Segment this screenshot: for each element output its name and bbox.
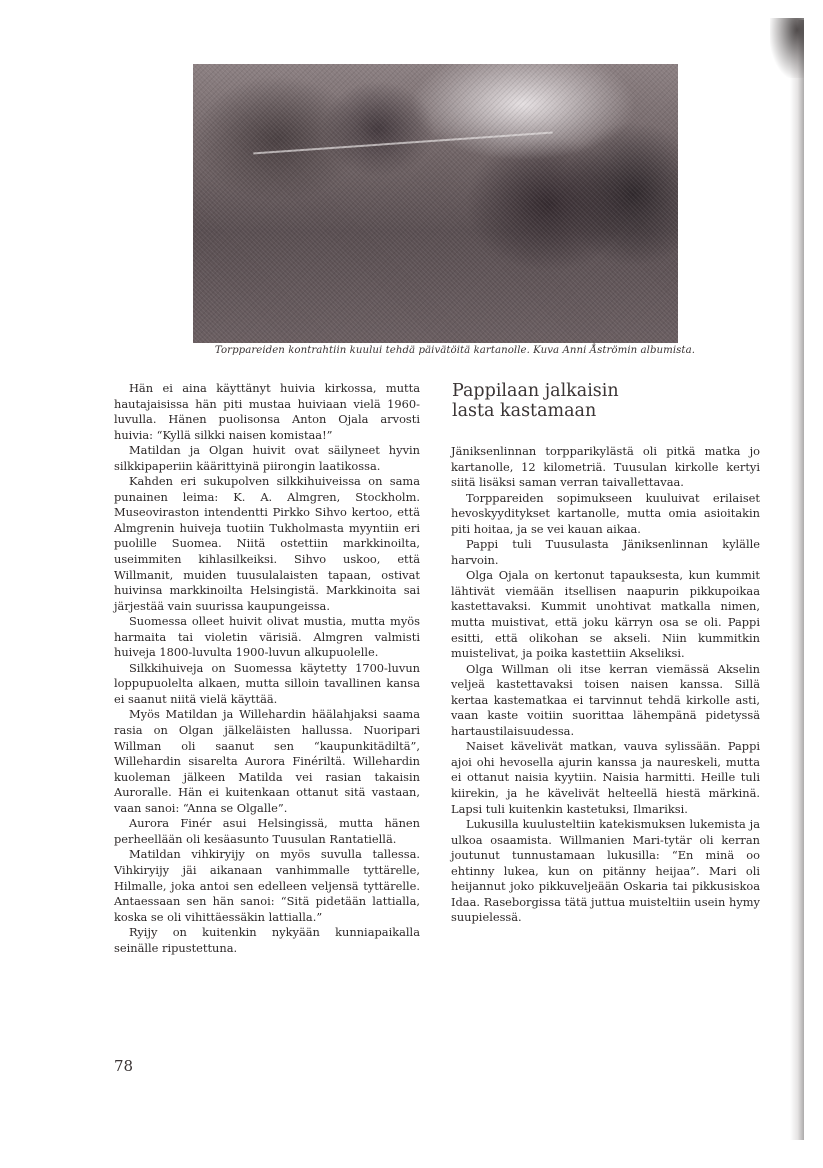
paragraph: Matildan ja Olgan huivit ovat säilyneet …	[114, 443, 420, 474]
right-column: Jäniksenlinnan torpparikylästä oli pitkä…	[451, 444, 760, 926]
paragraph: Hän ei aina käyttänyt huivia kirkossa, m…	[114, 381, 420, 443]
paragraph: Matildan vihkiryijy on myös suvulla tall…	[114, 847, 420, 925]
paragraph: Olga Willman oli itse kerran viemässä Ak…	[451, 662, 760, 740]
paragraph: Torppareiden sopimukseen kuuluivat erila…	[451, 491, 760, 538]
hay-wagon-photo	[193, 64, 678, 343]
paragraph: Ryijy on kuitenkin nykyään kunniapaikall…	[114, 925, 420, 956]
paragraph: Lukusilla kuulusteltiin katekismuksen lu…	[451, 817, 760, 926]
page-number: 78	[114, 1057, 133, 1075]
paragraph: Kahden eri sukupolven silkkihuiveissa on…	[114, 474, 420, 614]
scan-edge-shadow	[790, 20, 804, 1140]
paragraph: Suomessa olleet huivit olivat mustia, mu…	[114, 614, 420, 661]
rein-line	[253, 132, 552, 155]
photo-caption: Torppareiden kontrahtiin kuului tehdä pä…	[160, 345, 695, 356]
paragraph: Naiset kävelivät matkan, vauva sylissään…	[451, 739, 760, 817]
paragraph: Silkkihuiveja on Suomessa käytetty 1700-…	[114, 661, 420, 708]
paragraph: Aurora Finér asui Helsingissä, mutta hän…	[114, 816, 420, 847]
left-column: Hän ei aina käyttänyt huivia kirkossa, m…	[114, 381, 420, 956]
paragraph: Jäniksenlinnan torpparikylästä oli pitkä…	[451, 444, 760, 491]
section-heading-line-1: Pappilaan jalkaisin	[452, 382, 752, 402]
paragraph: Olga Ojala on kertonut tapauksesta, kun …	[451, 568, 760, 661]
section-heading-line-2: lasta kastamaan	[452, 402, 752, 422]
paragraph: Pappi tuli Tuusulasta Jäniksenlinnan kyl…	[451, 537, 760, 568]
paragraph: Myös Matildan ja Willehardin häälahjaksi…	[114, 707, 420, 816]
section-heading: Pappilaan jalkaisin lasta kastamaan	[452, 382, 752, 421]
